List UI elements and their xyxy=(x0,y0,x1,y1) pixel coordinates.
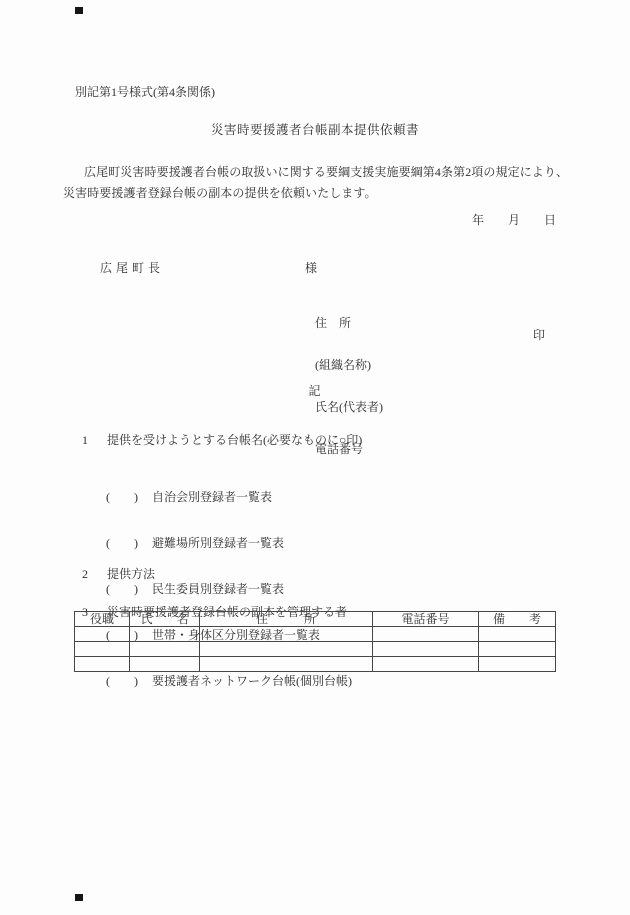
option-label: 要援護者ネットワーク台帳(個別台帳) xyxy=(152,674,352,688)
option-label: 避難場所別登録者一覧表 xyxy=(152,536,284,550)
table-header-phone: 電話番号 xyxy=(373,612,479,627)
addressee-line: 広尾町長様 xyxy=(88,250,317,286)
table-cell xyxy=(373,657,479,672)
table-cell xyxy=(130,657,200,672)
table-cell xyxy=(479,657,556,672)
addressee-name: 広尾町長 xyxy=(100,262,305,274)
table-header-row: 役職 氏 名 住 所 電話番号 備 考 xyxy=(75,612,556,627)
table-header-name: 氏 名 xyxy=(130,612,200,627)
table-cell xyxy=(75,627,130,642)
table-header-address: 住 所 xyxy=(200,612,373,627)
table-row xyxy=(75,657,556,672)
option-mark-paren: ( ) xyxy=(106,532,138,554)
registration-mark-top xyxy=(75,7,83,14)
table-cell xyxy=(130,642,200,657)
section-2-heading: 2提供方法 xyxy=(70,556,155,592)
address-label: 住 所 xyxy=(315,317,383,335)
request-paragraph-line-1: 広尾町災害時要援護者台帳の取扱いに関する要綱支援実施要綱第4条第2項の規定により… xyxy=(84,166,568,178)
table-cell xyxy=(200,657,373,672)
table-row xyxy=(75,642,556,657)
seal-mark: 印 xyxy=(533,329,545,341)
option-mark-paren: ( ) xyxy=(106,670,138,692)
date-blank-line: 年 月 日 xyxy=(472,214,556,226)
table-cell xyxy=(130,627,200,642)
table-cell xyxy=(75,657,130,672)
table-cell xyxy=(479,627,556,642)
addressee-honorific: 様 xyxy=(305,261,317,275)
managers-table: 役職 氏 名 住 所 電話番号 備 考 xyxy=(74,611,556,672)
table-cell xyxy=(75,642,130,657)
table-cell xyxy=(373,627,479,642)
table-cell xyxy=(200,642,373,657)
table-cell xyxy=(479,642,556,657)
table-header-role: 役職 xyxy=(75,612,130,627)
option-mark-paren: ( ) xyxy=(106,486,138,508)
table-cell xyxy=(200,627,373,642)
organization-label: (組織名称) xyxy=(315,359,383,377)
option-label: 自治会別登録者一覧表 xyxy=(152,490,272,504)
register-option: ( )避難場所別登録者一覧表 xyxy=(88,510,352,532)
form-number: 別記第1号様式(第4条関係) xyxy=(75,86,215,98)
table-header-remarks: 備 考 xyxy=(479,612,556,627)
document-page: 別記第1号様式(第4条関係) 災害時要援護者台帳副本提供依頼書 広尾町災害時要援… xyxy=(0,0,630,915)
document-title: 災害時要援護者台帳副本提供依頼書 xyxy=(0,124,630,137)
register-option: ( )自治会別登録者一覧表 xyxy=(88,464,352,486)
record-separator: 記 xyxy=(0,385,630,397)
request-paragraph-line-2: 災害時要援護者登録台帳の副本の提供を依頼いたします。 xyxy=(63,187,377,199)
section-2-title: 提供方法 xyxy=(107,567,155,581)
representative-name-label: 氏名(代表者) xyxy=(315,401,383,419)
table-row xyxy=(75,627,556,642)
registration-mark-bottom xyxy=(75,894,83,901)
section-2-number: 2 xyxy=(82,568,107,580)
table-cell xyxy=(373,642,479,657)
